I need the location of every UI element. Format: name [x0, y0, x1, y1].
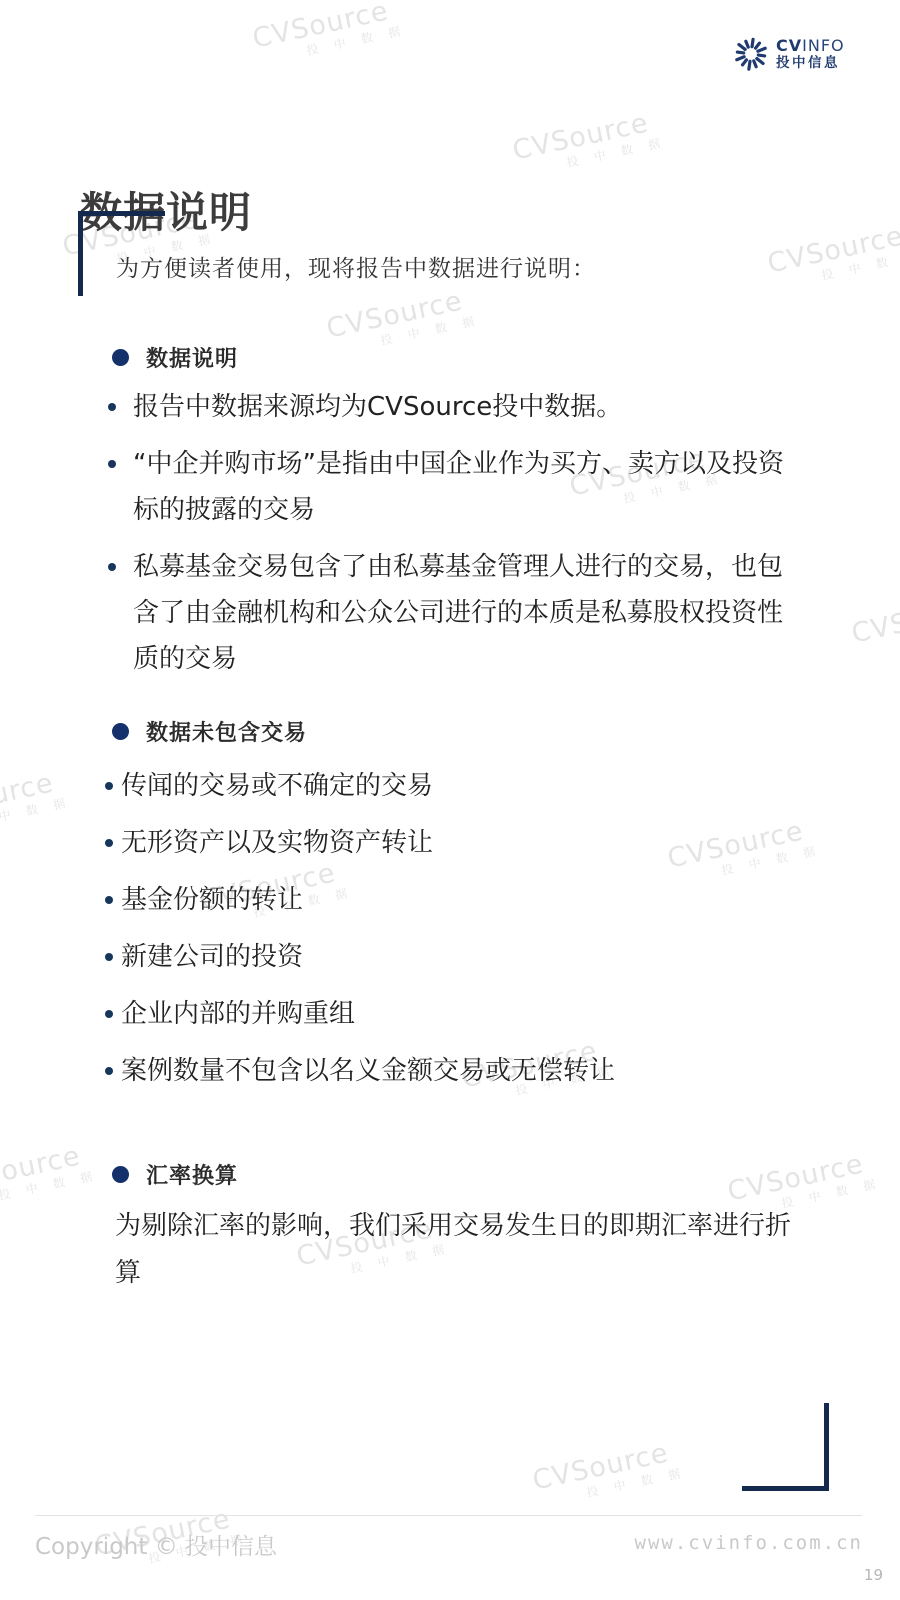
cvsource-watermark: CVSource投 中 数 据 — [849, 590, 900, 663]
list-item: “中企并购市场”是指由中国企业作为买方、卖方以及投资标的披露的交易 — [105, 441, 793, 533]
bullet-icon — [108, 460, 116, 468]
cvsource-watermark: CVSource投 中 数 据 — [510, 107, 667, 180]
cvsource-watermark: CVSource投 中 数 据 — [0, 1140, 99, 1213]
list-item: 基金份额的转让 — [105, 877, 793, 923]
cvinfo-logo-text: CVINFO 投中信息 — [776, 37, 845, 70]
bullet-icon — [105, 953, 113, 961]
bullet-icon — [105, 1010, 113, 1018]
cvinfo-logo: CVINFO 投中信息 — [733, 36, 845, 72]
cvsource-watermark: CVSource投 中 数 据 — [250, 0, 407, 67]
list-item: 新建公司的投资 — [105, 934, 793, 980]
list-item: 企业内部的并购重组 — [105, 991, 793, 1037]
website-url: www.cvinfo.com.cn — [635, 1532, 863, 1554]
bullet-icon — [108, 563, 116, 571]
section-bullet-icon — [112, 349, 129, 366]
section-bullet-icon — [112, 1166, 129, 1183]
list-item: 案例数量不包含以名义金额交易或无偿转让 — [105, 1048, 793, 1094]
section-bullet-icon — [112, 723, 129, 740]
cvsource-watermark: CVSource投 中 数 据 — [0, 767, 72, 840]
page-number: 19 — [864, 1566, 883, 1584]
content-area: 数据说明 报告中数据来源均为CVSource投中数据。 “中企并购市场”是指由中… — [105, 334, 805, 1297]
bullet-icon — [105, 1067, 113, 1075]
brand-name-en: CVINFO — [776, 37, 845, 55]
list-item: 报告中数据来源均为CVSource投中数据。 — [105, 384, 793, 430]
bullet-icon — [105, 782, 113, 790]
footer-divider — [35, 1515, 862, 1516]
bullet-icon — [105, 896, 113, 904]
intro-text: 为方便读者使用，现将报告中数据进行说明： — [116, 250, 596, 283]
cvinfo-logo-burst-icon — [733, 36, 769, 72]
section-heading-exchange-rate: 汇率换算 — [105, 1151, 805, 1197]
list-item: 私募基金交易包含了由私募基金管理人进行的交易，也包含了由金融机构和公众公司进行的… — [105, 544, 793, 682]
list-item: 传闻的交易或不确定的交易 — [105, 763, 793, 809]
brand-name-cn: 投中信息 — [776, 56, 845, 71]
cvsource-watermark: CVSource投 中 数 据 — [765, 220, 900, 293]
excluded-deals-list: 传闻的交易或不确定的交易 无形资产以及实物资产转让 基金份额的转让 新建公司的投… — [105, 763, 805, 1094]
bullet-icon — [105, 839, 113, 847]
copyright-text: Copyright © 投中信息 — [35, 1528, 277, 1561]
exchange-rate-text: 为剔除汇率的影响，我们采用交易发生日的即期汇率进行折算 — [115, 1203, 795, 1297]
section-heading-data-notes: 数据说明 — [105, 334, 805, 380]
list-item: 无形资产以及实物资产转让 — [105, 820, 793, 866]
section-heading-excluded-deals: 数据未包含交易 — [105, 708, 805, 754]
bullet-icon — [108, 403, 116, 411]
data-notes-list: 报告中数据来源均为CVSource投中数据。 “中企并购市场”是指由中国企业作为… — [105, 384, 805, 682]
report-page: CVSource投 中 数 据 CVSource投 中 数 据 CVSource… — [0, 0, 900, 1600]
cvsource-watermark: CVSource投 中 数 据 — [530, 1437, 687, 1510]
corner-bracket-bottom-right — [742, 1403, 829, 1491]
